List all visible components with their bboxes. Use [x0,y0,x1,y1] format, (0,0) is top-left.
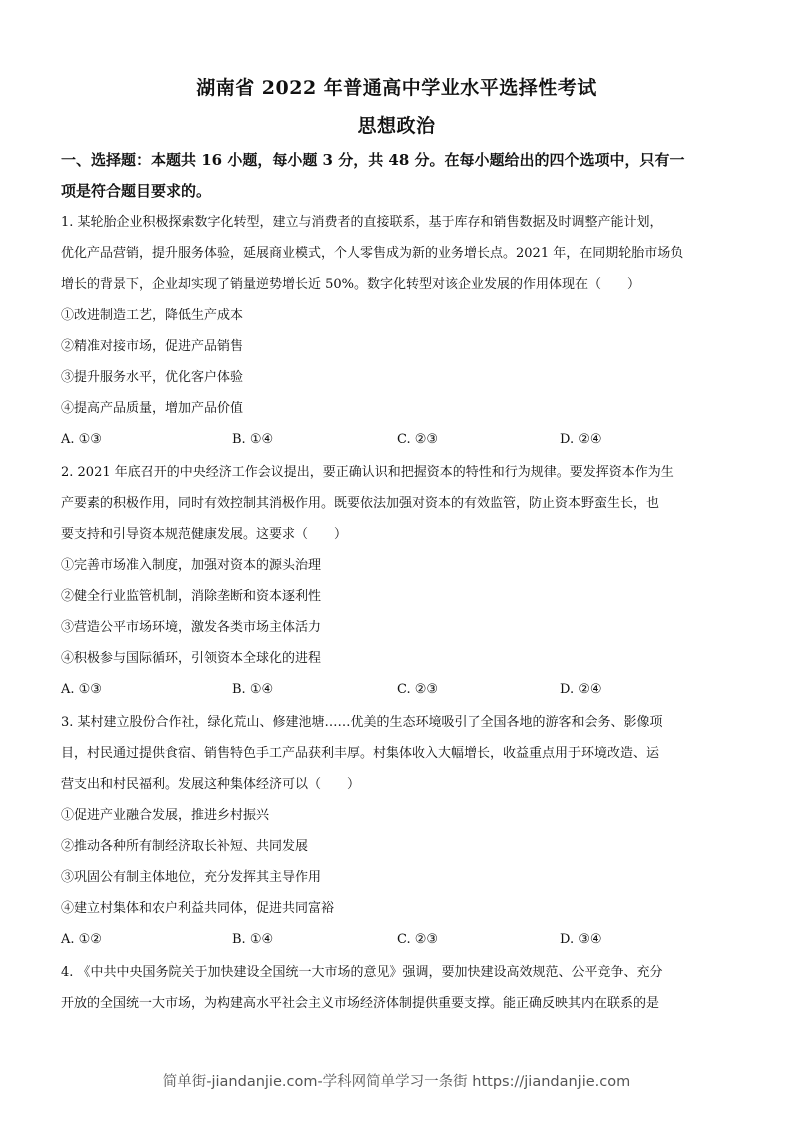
answer-choice-d[interactable]: D. ③④ [560,931,602,949]
question-stem-line: 增长的背景下，企业却实现了销量逆势增长近 50%。数字化转型对该企业发展的作用体… [61,276,640,294]
question-stem-line: 2. 2021 年底召开的中央经济工作会议提出，要正确认识和把握资本的特性和行为… [61,464,674,482]
question-stem-line: 3. 某村建立股份合作社，绿化荒山、修建池塘……优美的生态环境吸引了全国各地的游… [61,714,663,732]
section-instructions-line-1: 一、选择题：本题共 16 小题，每小题 3 分，共 48 分。在每小题给出的四个… [61,145,733,176]
answer-choice-d[interactable]: D. ②④ [560,681,602,699]
answer-choice-a[interactable]: A. ①③ [61,681,102,699]
section-instructions: 一、选择题：本题共 16 小题，每小题 3 分，共 48 分。在每小题给出的四个… [61,145,733,207]
question-stem-line: 要支持和引导资本规范健康发展。这要求（ ） [61,526,347,544]
subject-title: 思想政治 [0,111,793,138]
statement-option: ④积极参与国际循环，引领资本全球化的进程 [61,650,321,668]
question-stem-line: 营支出和村民福利。发展这种集体经济可以（ ） [61,776,360,794]
statement-option: ②健全行业监管机制，消除垄断和资本逐利性 [61,588,321,606]
statement-option: ④建立村集体和农户利益共同体，促进共同富裕 [61,900,334,918]
statement-option: ③营造公平市场环境，激发各类市场主体活力 [61,619,321,637]
question-stem-line: 目，村民通过提供食宿、销售特色手工产品获利丰厚。村集体收入大幅增长，收益重点用于… [61,745,659,763]
statement-option: ①改进制造工艺，降低生产成本 [61,307,243,325]
statement-option: ①完善市场准入制度，加强对资本的源头治理 [61,557,321,575]
statement-option: ③提升服务水平，优化客户体验 [61,369,243,387]
statement-option: ①促进产业融合发展，推进乡村振兴 [61,807,269,825]
statement-option: ③巩固公有制主体地位，充分发挥其主导作用 [61,869,321,887]
statement-option: ④提高产品质量，增加产品价值 [61,400,243,418]
question-stem-line: 优化产品营销，提升服务体验，延展商业模式，个人零售成为新的业务增长点。2021 … [61,245,683,263]
answer-choice-c[interactable]: C. ②③ [397,431,438,449]
question-stem-line: 4. 《中共中央国务院关于加快建设全国统一大市场的意见》强调，要加快建设高效规范… [61,964,663,982]
answer-choice-a[interactable]: A. ①③ [61,431,102,449]
question-stem-line: 1. 某轮胎企业积极探索数字化转型，建立与消费者的直接联系，基于库存和销售数据及… [61,214,663,232]
answer-choice-b[interactable]: B. ①④ [232,431,273,449]
answer-choice-c[interactable]: C. ②③ [397,931,438,949]
section-instructions-line-2: 项是符合题目要求的。 [61,176,733,207]
exam-page: 湖南省 2022 年普通高中学业水平选择性考试 思想政治 一、选择题：本题共 1… [0,0,793,1122]
answer-choice-d[interactable]: D. ②④ [560,431,602,449]
question-stem-line: 产要素的积极作用，同时有效控制其消极作用。既要依法加强对资本的有效监管，防止资本… [61,495,659,513]
statement-option: ②推动各种所有制经济取长补短、共同发展 [61,838,308,856]
question-stem-line: 开放的全国统一大市场，为构建高水平社会主义市场经济体制提供重要支撑。能正确反映其… [61,995,659,1013]
answer-choice-b[interactable]: B. ①④ [232,931,273,949]
answer-choice-b[interactable]: B. ①④ [232,681,273,699]
answer-choice-c[interactable]: C. ②③ [397,681,438,699]
answer-choice-a[interactable]: A. ①② [61,931,102,949]
exam-title: 湖南省 2022 年普通高中学业水平选择性考试 [0,73,793,100]
footer-watermark: 简单街-jiandanjie.com-学科网简单学习一条街 https://ji… [0,1070,793,1091]
statement-option: ②精准对接市场，促进产品销售 [61,338,243,356]
